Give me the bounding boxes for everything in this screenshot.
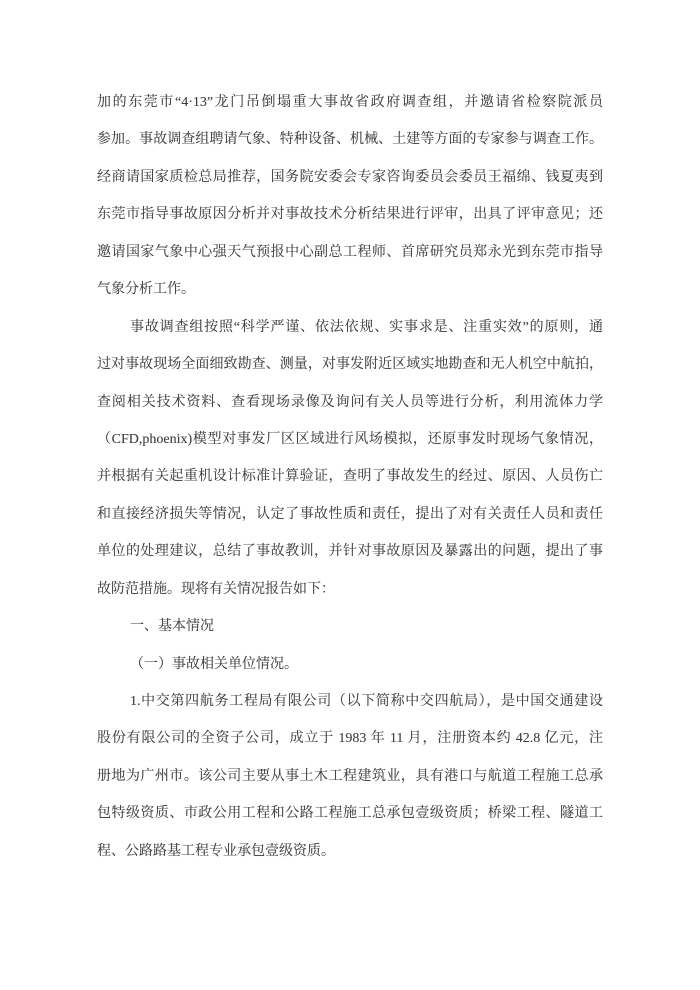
text-line: 邀请国家气象中心强天气预报中心副总工程师、首席研究员郑永光到东莞市指导 [97,234,603,271]
text-line: 经商请国家质检总局推荐，国务院安委会专家咨询委员会委员王福绵、钱夏夷到 [97,159,603,196]
text-line: 册地为广州市。该公司主要从事土木工程建筑业，具有港口与航道工程施工总承 [97,758,603,795]
text-line: 参加。事故调查组聘请气象、特种设备、机械、土建等方面的专家参与调查工作。 [97,121,603,158]
text-line: 查阅相关技术资料、查看现场录像及询问有关人员等进行分析，利用流体力学 [97,384,603,421]
text-line: 股份有限公司的全资子公司，成立于 1983 年 11 月，注册资本约 42.8 … [97,720,603,757]
document-body: 加的东莞市“4·13”龙门吊倒塌重大事故省政府调查组，并邀请省检察院派员参加。事… [97,84,603,870]
heading-basic-situation: 一、基本情况 [97,608,603,645]
text-line: 程、公路路基工程专业承包壹级资质。 [97,833,603,870]
text-line: 加的东莞市“4·13”龙门吊倒塌重大事故省政府调查组，并邀请省检察院派员 [97,84,603,121]
text-line: 东莞市指导事故原因分析并对事故技术分析结果进行评审，出具了评审意见；还 [97,196,603,233]
text-line: 气象分析工作。 [97,271,603,308]
text-line: 单位的处理建议，总结了事故教训，并针对事故原因及暴露出的问题，提出了事 [97,533,603,570]
document-page: 加的东莞市“4·13”龙门吊倒塌重大事故省政府调查组，并邀请省检察院派员参加。事… [0,0,700,990]
text-line: 故防范措施。现将有关情况报告如下： [97,571,603,608]
text-line: （CFD,phoenix)模型对事发厂区区域进行风场模拟，还原事发时现场气象情况… [97,421,603,458]
text-line: 事故调查组按照“科学严谨、依法依规、实事求是、注重实效”的原则，通 [97,309,603,346]
text-line: 过对事故现场全面细致勘查、测量，对事发附近区域实地勘查和无人机空中航拍， [97,346,603,383]
text-line: 并根据有关起重机设计标准计算验证，查明了事故发生的经过、原因、人员伤亡 [97,458,603,495]
text-line: 1.中交第四航务工程局有限公司（以下简称中交四航局），是中国交通建设 [97,683,603,720]
subheading-related-units: （一）事故相关单位情况。 [97,646,603,683]
text-line: 和直接经济损失等情况，认定了事故性质和责任，提出了对有关责任人员和责任 [97,496,603,533]
text-line: 包特级资质、市政公用工程和公路工程施工总承包壹级资质；桥梁工程、隧道工 [97,795,603,832]
